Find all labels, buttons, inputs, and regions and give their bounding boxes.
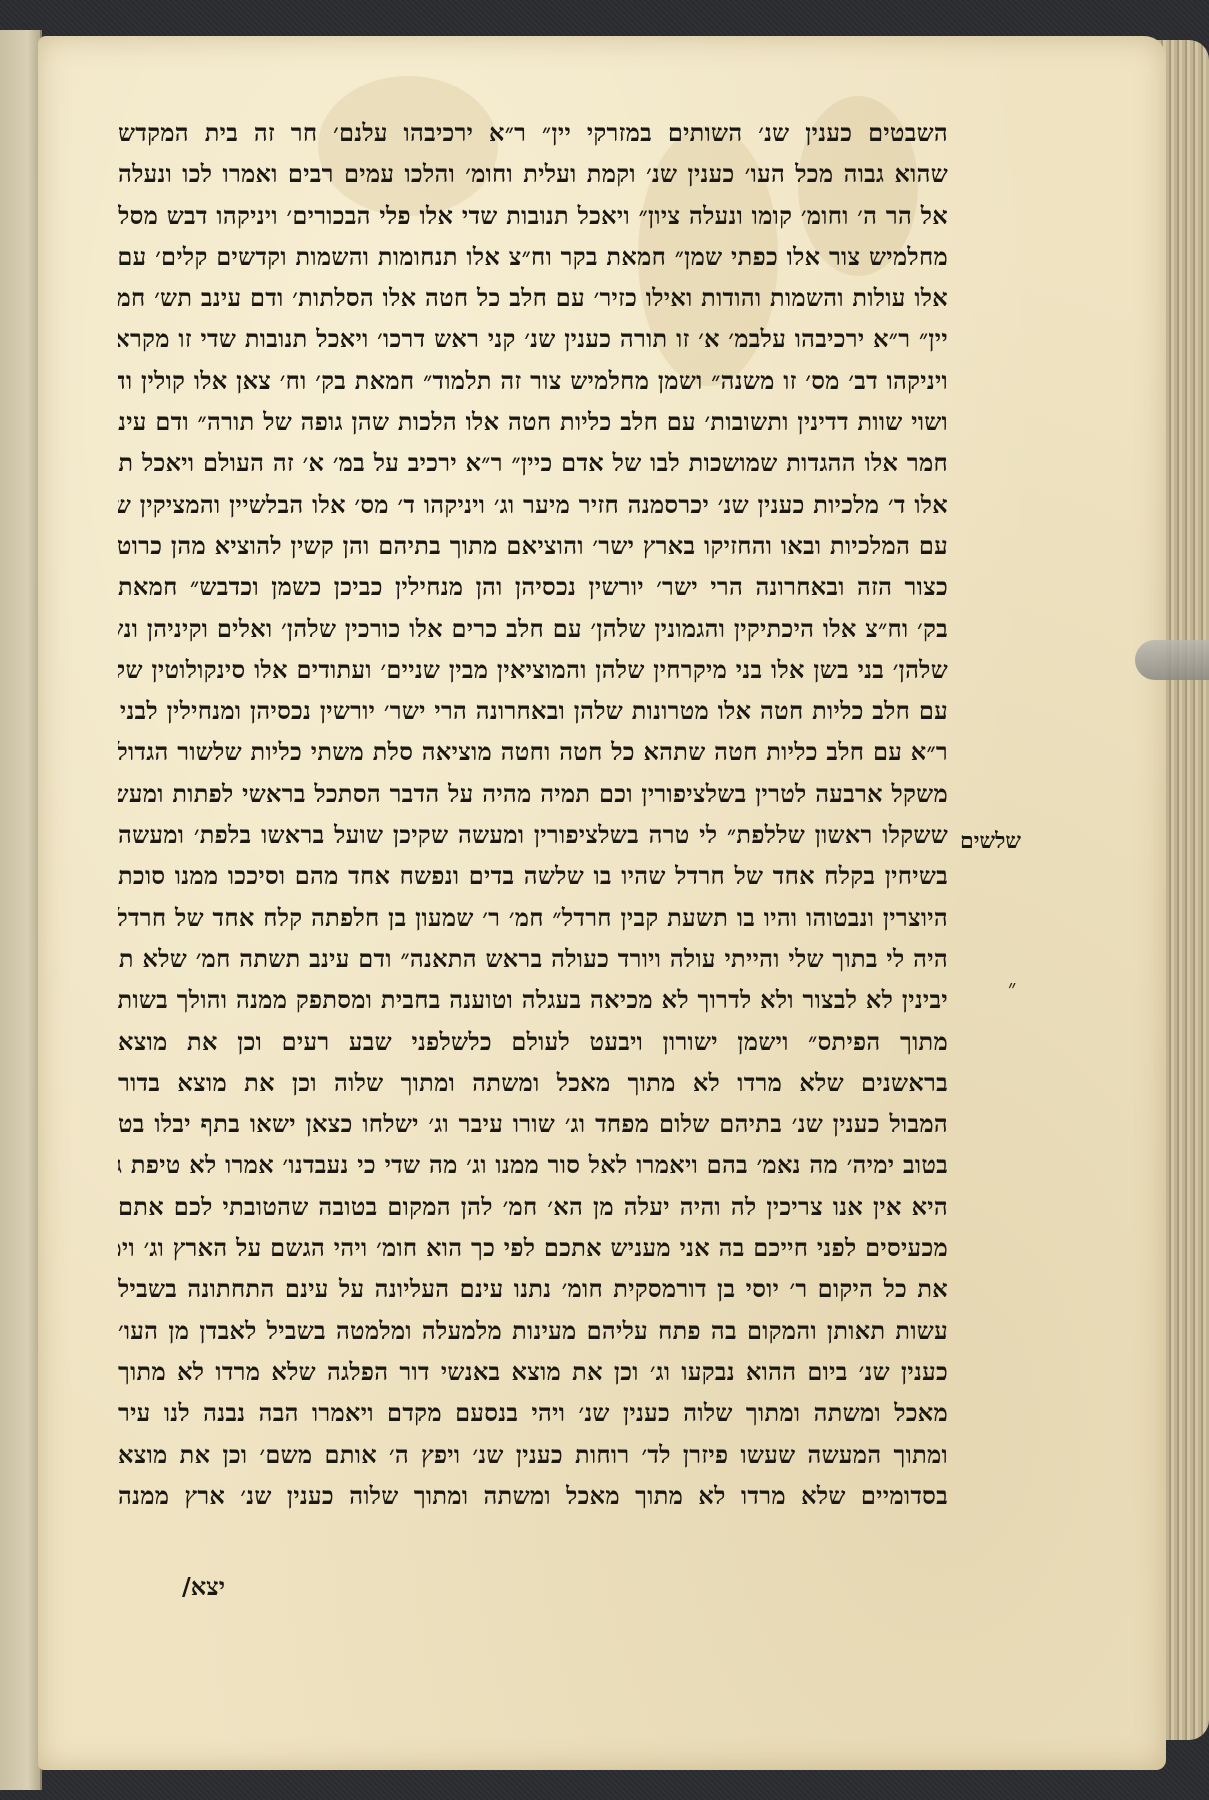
text-line: בראשנים שלא מרדו לא מתוך מאכל ומשתה ומתו… <box>118 1062 948 1103</box>
text-line: עם חלב כליות חטה אלו מטרונות שלהן ובאחרו… <box>118 690 948 731</box>
text-line: אלו עולות והשמות והודות ואילו כזיר׳ עם ח… <box>118 277 948 318</box>
text-line: עם המלכיות ובאו והחזיקו בארץ ישר׳ והוציא… <box>118 525 948 566</box>
text-line: את כל היקום ר׳ יוסי בן דורמסקית חומ׳ נתנ… <box>118 1268 948 1309</box>
text-line: היא אין אנו צריכין לה והיה יעלה מן הא׳ ח… <box>118 1186 948 1227</box>
text-line: ושוי שוות דדינין ותשובות׳ עם חלב כליות ח… <box>118 401 948 442</box>
text-line: בשיחין בקלח אחד של חרדל שהיו בו שלשה בדי… <box>118 855 948 896</box>
text-line: בטוב ימיה׳ מה נאמ׳ בהם ויאמרו לאל סור ממ… <box>118 1144 948 1185</box>
text-line: בסדומיים שלא מרדו לא מתוך מאכל ומשתה ומת… <box>118 1475 948 1516</box>
text-line: ויניקהו דב׳ מס׳ זו משנה״ ושמן מחלמיש צור… <box>118 360 948 401</box>
text-line: מתוך הפיתס״ וישמן ישורון ויבעט לעולם כלש… <box>118 1021 948 1062</box>
margin-mark: ״ <box>1008 975 1016 1001</box>
text-line: היה לי בתוך שלי והייתי עולה ויורד כעולה … <box>118 938 948 979</box>
text-line: השבטים כענין שנ׳ השותים במזרקי יין״ ר״א … <box>118 112 948 153</box>
text-line: חמר אלו ההגדות שמושכות לבו של אדם כיין״ … <box>118 442 948 483</box>
text-line: כצור הזה ובאחרונה הרי ישר׳ יורשין נכסיהן… <box>118 566 948 607</box>
book-clasp <box>1135 640 1209 680</box>
text-line: אלו ד׳ מלכיות כענין שנ׳ יכרסמנה חזיר מיע… <box>118 484 948 525</box>
text-line: משקל ארבעה לטרין בשלציפורין וכם תמיה מהי… <box>118 773 948 814</box>
text-line: יין״ ר״א ירכיבהו עלבמ׳ א׳ זו תורה כענין … <box>118 318 948 359</box>
text-line: מכעיסים לפני חייכם בה אני מעניש אתכם לפי… <box>118 1227 948 1268</box>
catchword: יצא/ <box>182 1572 225 1602</box>
text-line: שלהן׳ בני בשן אלו בני מיקרחין שלהן והמוצ… <box>118 649 948 690</box>
text-line: מחלמיש צור אלו כפתי שמן״ חמאת בקר וח״צ א… <box>118 236 948 277</box>
text-line: בק׳ וח״צ אלו היכתיקין והגמונין שלהן׳ עם … <box>118 608 948 649</box>
text-line: ר״א עם חלב כליות חטה שתהא כל חטה וחטה מו… <box>118 731 948 772</box>
text-line: ומתוך המעשה שעשו פיזרן לד׳ רוחות כענין ש… <box>118 1434 948 1475</box>
main-text-block: השבטים כענין שנ׳ השותים במזרקי יין״ ר״א … <box>118 112 948 1516</box>
text-line: עשות תאותן והמקום בה פתח עליהם מעינות מל… <box>118 1310 948 1351</box>
margin-annotation: שלשים <box>960 828 1021 854</box>
text-line: אל הר ה׳ וחומ׳ קומו ונעלה ציון״ ויאכל תנ… <box>118 195 948 236</box>
text-line: היוצרין ונבטוהו והיו בו תשעת קבין חרדל״ … <box>118 897 948 938</box>
text-line: מאכל ומשתה ומתוך שלוה כענין שנ׳ ויהי בנס… <box>118 1392 948 1433</box>
facing-page-edge <box>0 30 42 1790</box>
text-line: כענין שנ׳ ביום ההוא נבקעו וג׳ וכן את מוצ… <box>118 1351 948 1392</box>
text-line: שהוא גבוה מכל העו׳ כענין שנ׳ וקמת ועלית … <box>118 153 948 194</box>
text-line: יבינין לא לבצור ולא לדרוך לא מכיאה בעגלה… <box>118 979 948 1020</box>
text-line: המבול כענין שנ׳ בתיהם שלום מפחד וג׳ שורו… <box>118 1103 948 1144</box>
text-line: ששקלו ראשון שללפת״ לי טרה בשלציפורין ומע… <box>118 814 948 855</box>
